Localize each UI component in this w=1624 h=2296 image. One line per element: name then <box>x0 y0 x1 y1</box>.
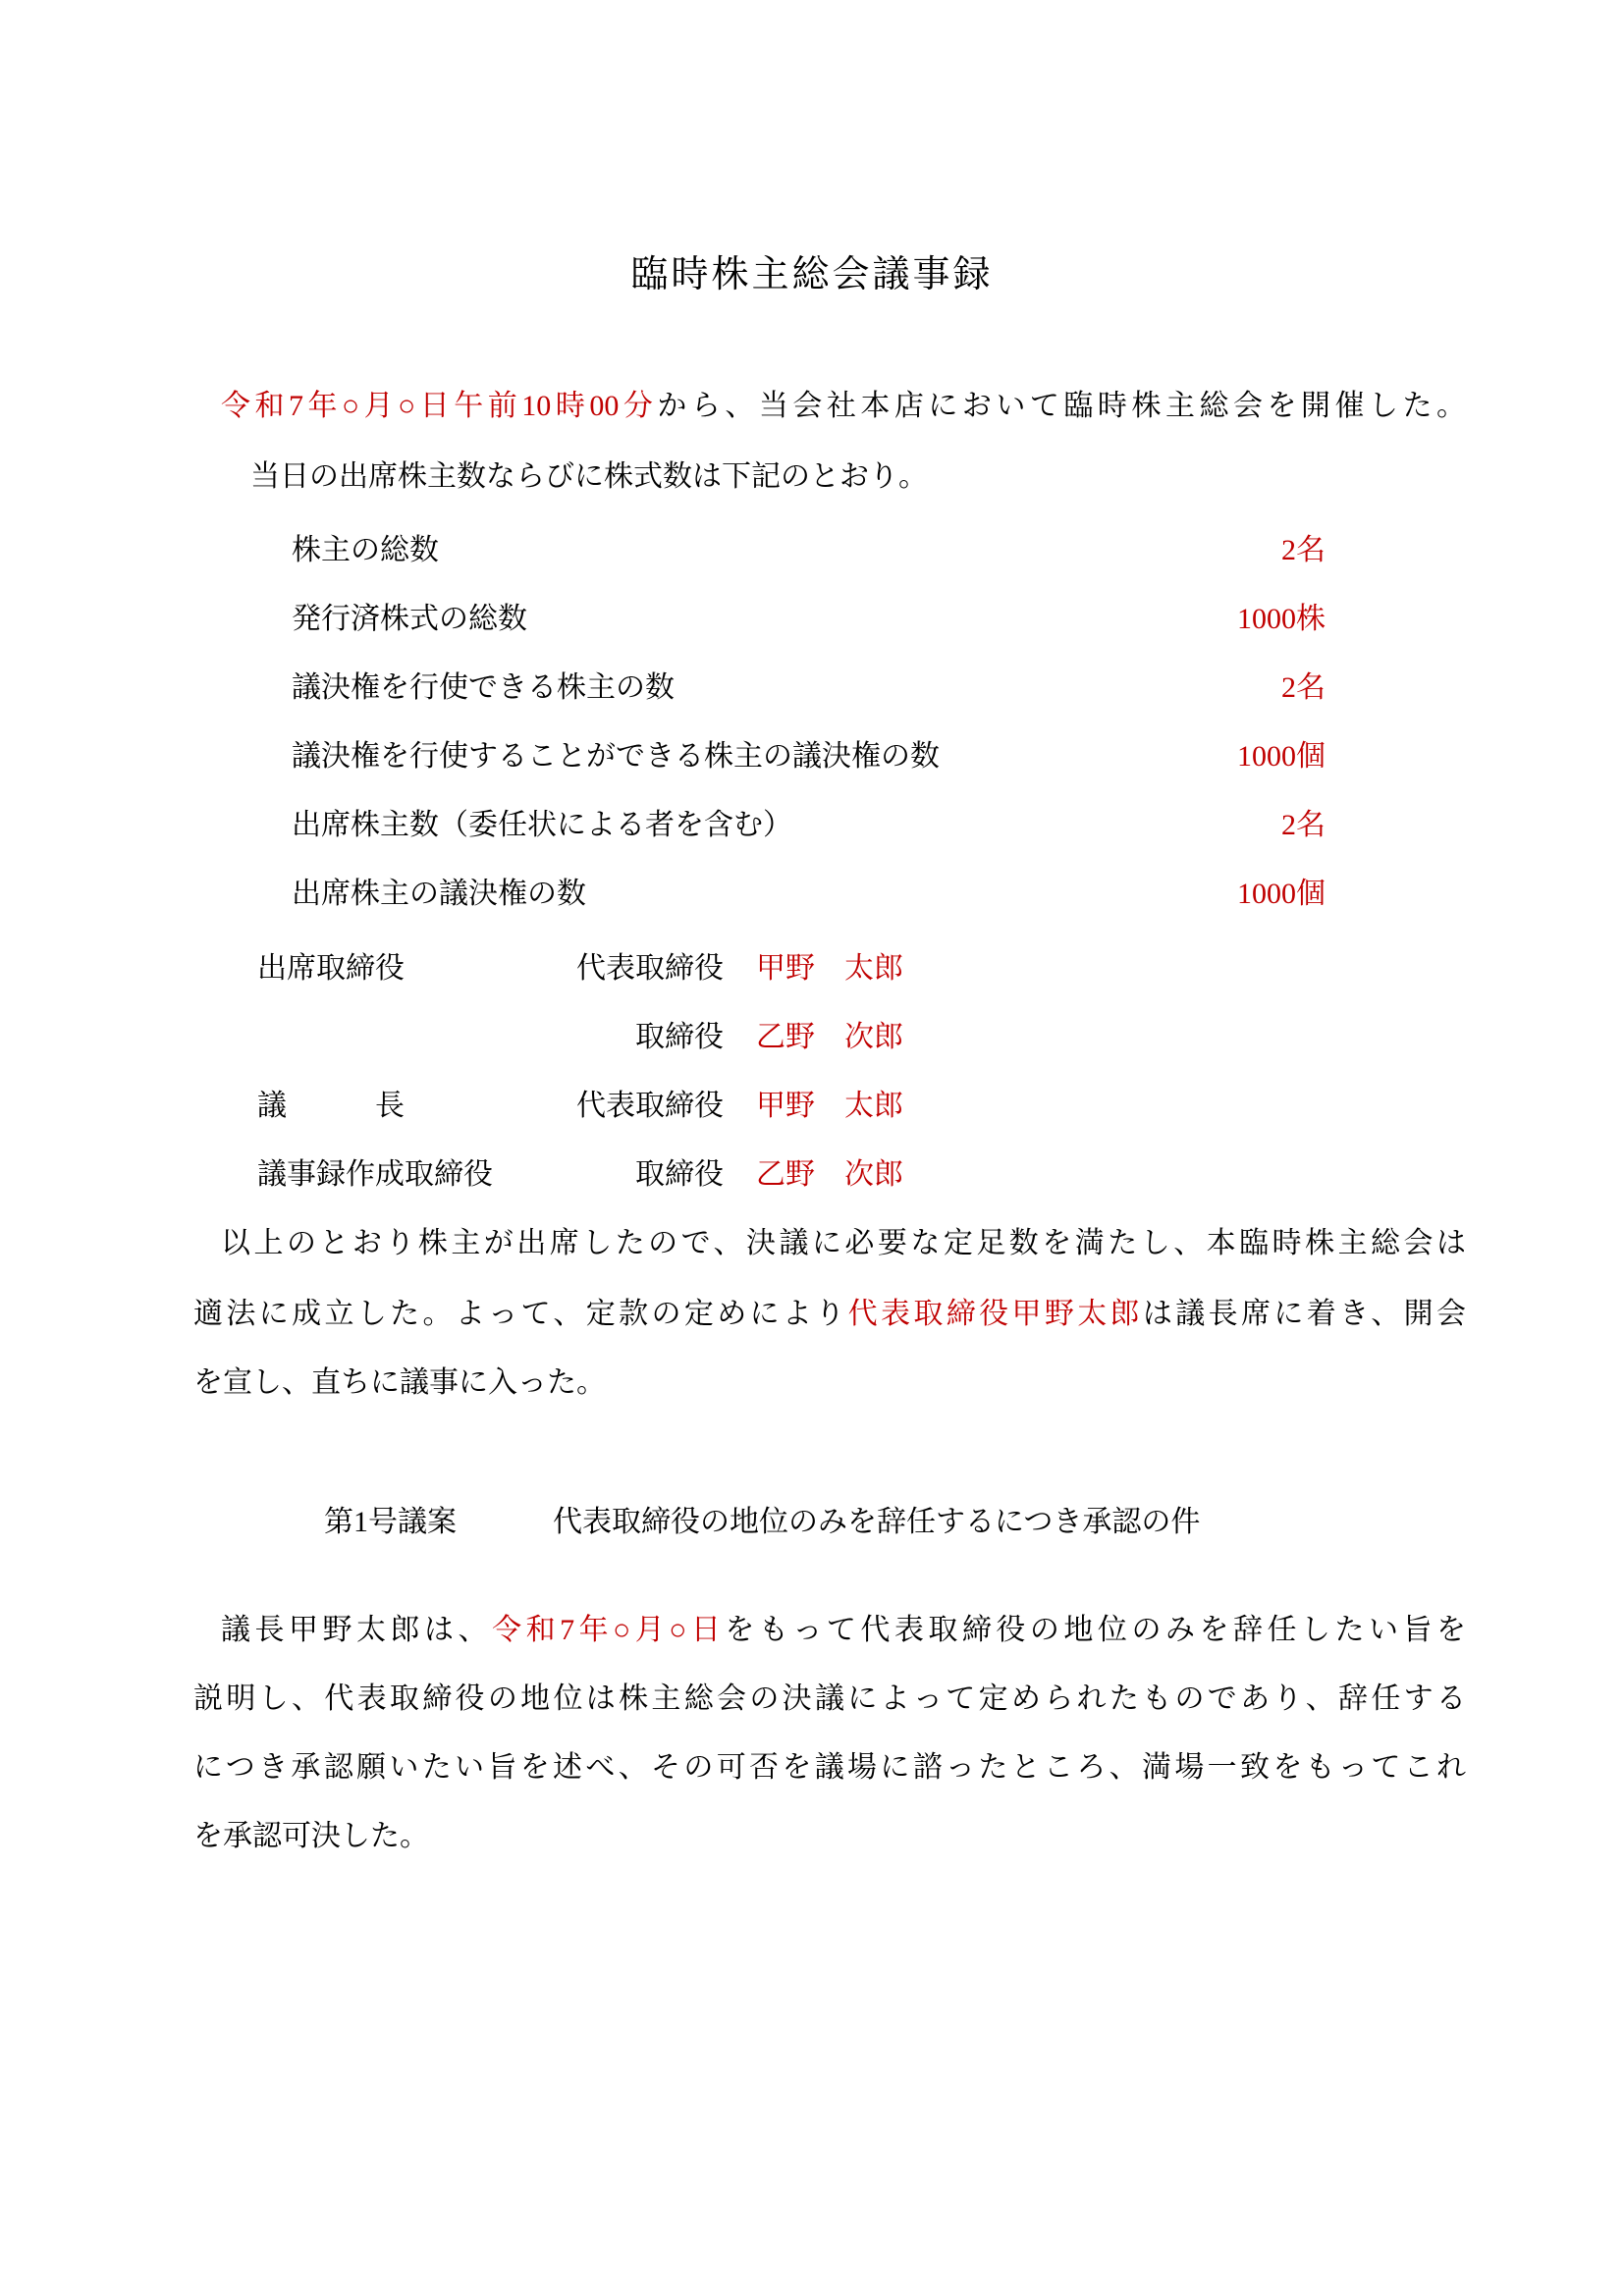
resolution-line-1-pre: 議長甲野太郎は、 <box>221 1614 492 1646</box>
intro-line-1-text: から、当会社本店において臨時株主総会を開催した。 <box>657 390 1466 422</box>
resolution-line-3: につき承認願いたい旨を述べ、その可否を議場に諮ったところ、満場一致をもってこれ <box>193 1750 1466 1789</box>
document-title: 臨時株主総会議事録 <box>0 243 1624 297</box>
attendee-name: 乙野 次郎 <box>756 1020 903 1055</box>
stat-value: 1000株 <box>1080 602 1326 637</box>
resignation-date-text: 令和7年○月○日 <box>492 1614 725 1646</box>
stat-value: 1000個 <box>1080 877 1326 912</box>
stats-row-voting-shareholders: 議決権を行使できる株主の数 2名 <box>193 670 1466 710</box>
stat-value: 1000個 <box>1080 739 1326 774</box>
attendee-row-3: 議 長 代表取締役 甲野 太郎 <box>193 1089 1466 1128</box>
stats-row-shareholders-total: 株主の総数 2名 <box>193 533 1466 572</box>
stats-row-issued-shares: 発行済株式の総数 1000株 <box>193 602 1466 641</box>
attendee-row-1: 出席取締役 代表取締役 甲野 太郎 <box>193 951 1466 990</box>
stats-row-attending-shareholders: 出席株主数（委任状による者を含む） 2名 <box>193 808 1466 847</box>
stats-row-attending-voting-rights: 出席株主の議決権の数 1000個 <box>193 877 1466 916</box>
stat-label: 議決権を行使することができる株主の議決権の数 <box>292 739 940 774</box>
quorum-line-2: 適法に成立した。よって、定款の定めにより代表取締役甲野太郎は議長席に着き、開会 <box>193 1297 1466 1336</box>
attendee-name: 甲野 太郎 <box>756 1089 903 1124</box>
attendee-role: 議 長 <box>257 1089 405 1124</box>
resolution-line-1-post: をもって代表取締役の地位のみを辞任したい旨を <box>725 1614 1466 1646</box>
attendee-role: 議事録作成取締役 <box>257 1157 493 1193</box>
attendee-role: 出席取締役 <box>257 951 405 987</box>
intro-line-1: 令和7年○月○日午前10時00分から、当会社本店において臨時株主総会を開催した。 <box>193 389 1466 428</box>
attendee-position: 代表取締役 <box>555 951 724 987</box>
stat-value: 2名 <box>1080 670 1326 706</box>
stat-label: 株主の総数 <box>292 533 439 568</box>
agenda-title: 代表取締役の地位のみを辞任するにつき承認の件 <box>553 1505 1200 1540</box>
intro-line-2: 当日の出席株主数ならびに株式数は下記のとおり。 <box>193 459 1466 499</box>
attendee-name: 甲野 太郎 <box>756 951 903 987</box>
quorum-line-2-post: は議長席に着き、開会 <box>1143 1298 1466 1330</box>
agenda-number: 第1号議案 <box>324 1505 457 1540</box>
stats-row-voting-rights: 議決権を行使することができる株主の議決権の数 1000個 <box>193 739 1466 778</box>
attendee-position: 取締役 <box>555 1020 724 1055</box>
quorum-line-2-pre: 適法に成立した。よって、定款の定めにより <box>193 1298 848 1330</box>
stat-label: 発行済株式の総数 <box>292 602 527 637</box>
resolution-line-2: 説明し、代表取締役の地位は株主総会の決議によって定められたものであり、辞任する <box>193 1682 1466 1721</box>
meeting-datetime-text: 令和7年○月○日午前10時00分 <box>221 390 657 422</box>
attendee-position: 代表取締役 <box>555 1089 724 1124</box>
stat-value: 2名 <box>1080 533 1326 568</box>
attendee-row-2: 取締役 乙野 次郎 <box>193 1020 1466 1059</box>
stat-label: 議決権を行使できる株主の数 <box>292 670 675 706</box>
attendee-position: 取締役 <box>555 1157 724 1193</box>
stat-label: 出席株主の議決権の数 <box>292 877 586 912</box>
attendee-row-4: 議事録作成取締役 取締役 乙野 次郎 <box>193 1157 1466 1197</box>
attendee-name: 乙野 次郎 <box>756 1157 903 1193</box>
document-page: 臨時株主総会議事録 令和7年○月○日午前10時00分から、当会社本店において臨時… <box>0 0 1624 2296</box>
resolution-line-1: 議長甲野太郎は、令和7年○月○日をもって代表取締役の地位のみを辞任したい旨を <box>193 1613 1466 1652</box>
stat-label: 出席株主数（委任状による者を含む） <box>292 808 792 843</box>
quorum-line-3: を宣し、直ちに議事に入った。 <box>193 1365 1466 1405</box>
stat-value: 2名 <box>1080 808 1326 843</box>
agenda-heading: 第1号議案 代表取締役の地位のみを辞任するにつき承認の件 <box>193 1505 1466 1544</box>
chairman-name-text: 代表取締役甲野太郎 <box>848 1298 1143 1330</box>
resolution-line-4: を承認可決した。 <box>193 1819 1466 1858</box>
quorum-line-1: 以上のとおり株主が出席したので、決議に必要な定足数を満たし、本臨時株主総会は <box>193 1226 1466 1265</box>
